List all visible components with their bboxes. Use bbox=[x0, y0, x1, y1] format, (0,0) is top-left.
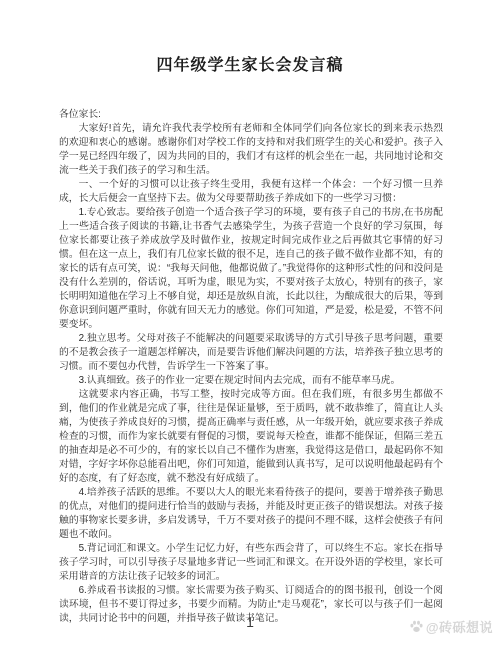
paragraph: 5.背记词汇和课文。小学生记忆力好，有些东西会背了，可以终生不忘。家长在指导孩子… bbox=[59, 542, 443, 584]
paragraph: 1.专心致志。要给孩子创造一个适合孩子学习的环境，要有孩子自己的书房,在书房配上… bbox=[59, 206, 443, 332]
watermark-text: @砖砾想说 bbox=[426, 617, 493, 636]
page-title: 四年级学生家长会发言稿 bbox=[0, 0, 500, 76]
paw-icon bbox=[409, 619, 424, 634]
paragraph: 一、一个好的习惯可以让孩子终生受用，我便有这样一个体会：一个好习惯一旦养成，长大… bbox=[59, 178, 443, 206]
paragraph: 大家好!首先，请允许我代表学校所有老师和全体同学们向各位家长的到来表示热烈的欢迎… bbox=[59, 122, 443, 178]
paragraph: 各位家长: bbox=[59, 108, 443, 122]
watermark: @砖砾想说 bbox=[409, 617, 493, 636]
paragraph: 这就要求内容正确，书写工整，按时完成等方面。但在我们班，有很多男生都做不到，他们… bbox=[59, 388, 443, 486]
paragraph: 3.认真细致。孩子的作业一定要在规定时间内去完成，而有不能草率马虎。 bbox=[59, 374, 443, 388]
paragraph: 4.培养孩子活跃的思维。不要以大人的眼光来看待孩子的提问，要善于增养孩子勤思的优… bbox=[59, 486, 443, 542]
paragraph: 2.独立思考。父母对孩子不能解决的问题要采取诱导的方式引导孩子思考问题，重要的不… bbox=[59, 332, 443, 374]
document-page: 四年级学生家长会发言稿 各位家长:大家好!首先，请允许我代表学校所有老师和全体同… bbox=[0, 0, 500, 647]
document-body: 各位家长:大家好!首先，请允许我代表学校所有老师和全体同学们向各位家长的到来表示… bbox=[59, 108, 443, 626]
